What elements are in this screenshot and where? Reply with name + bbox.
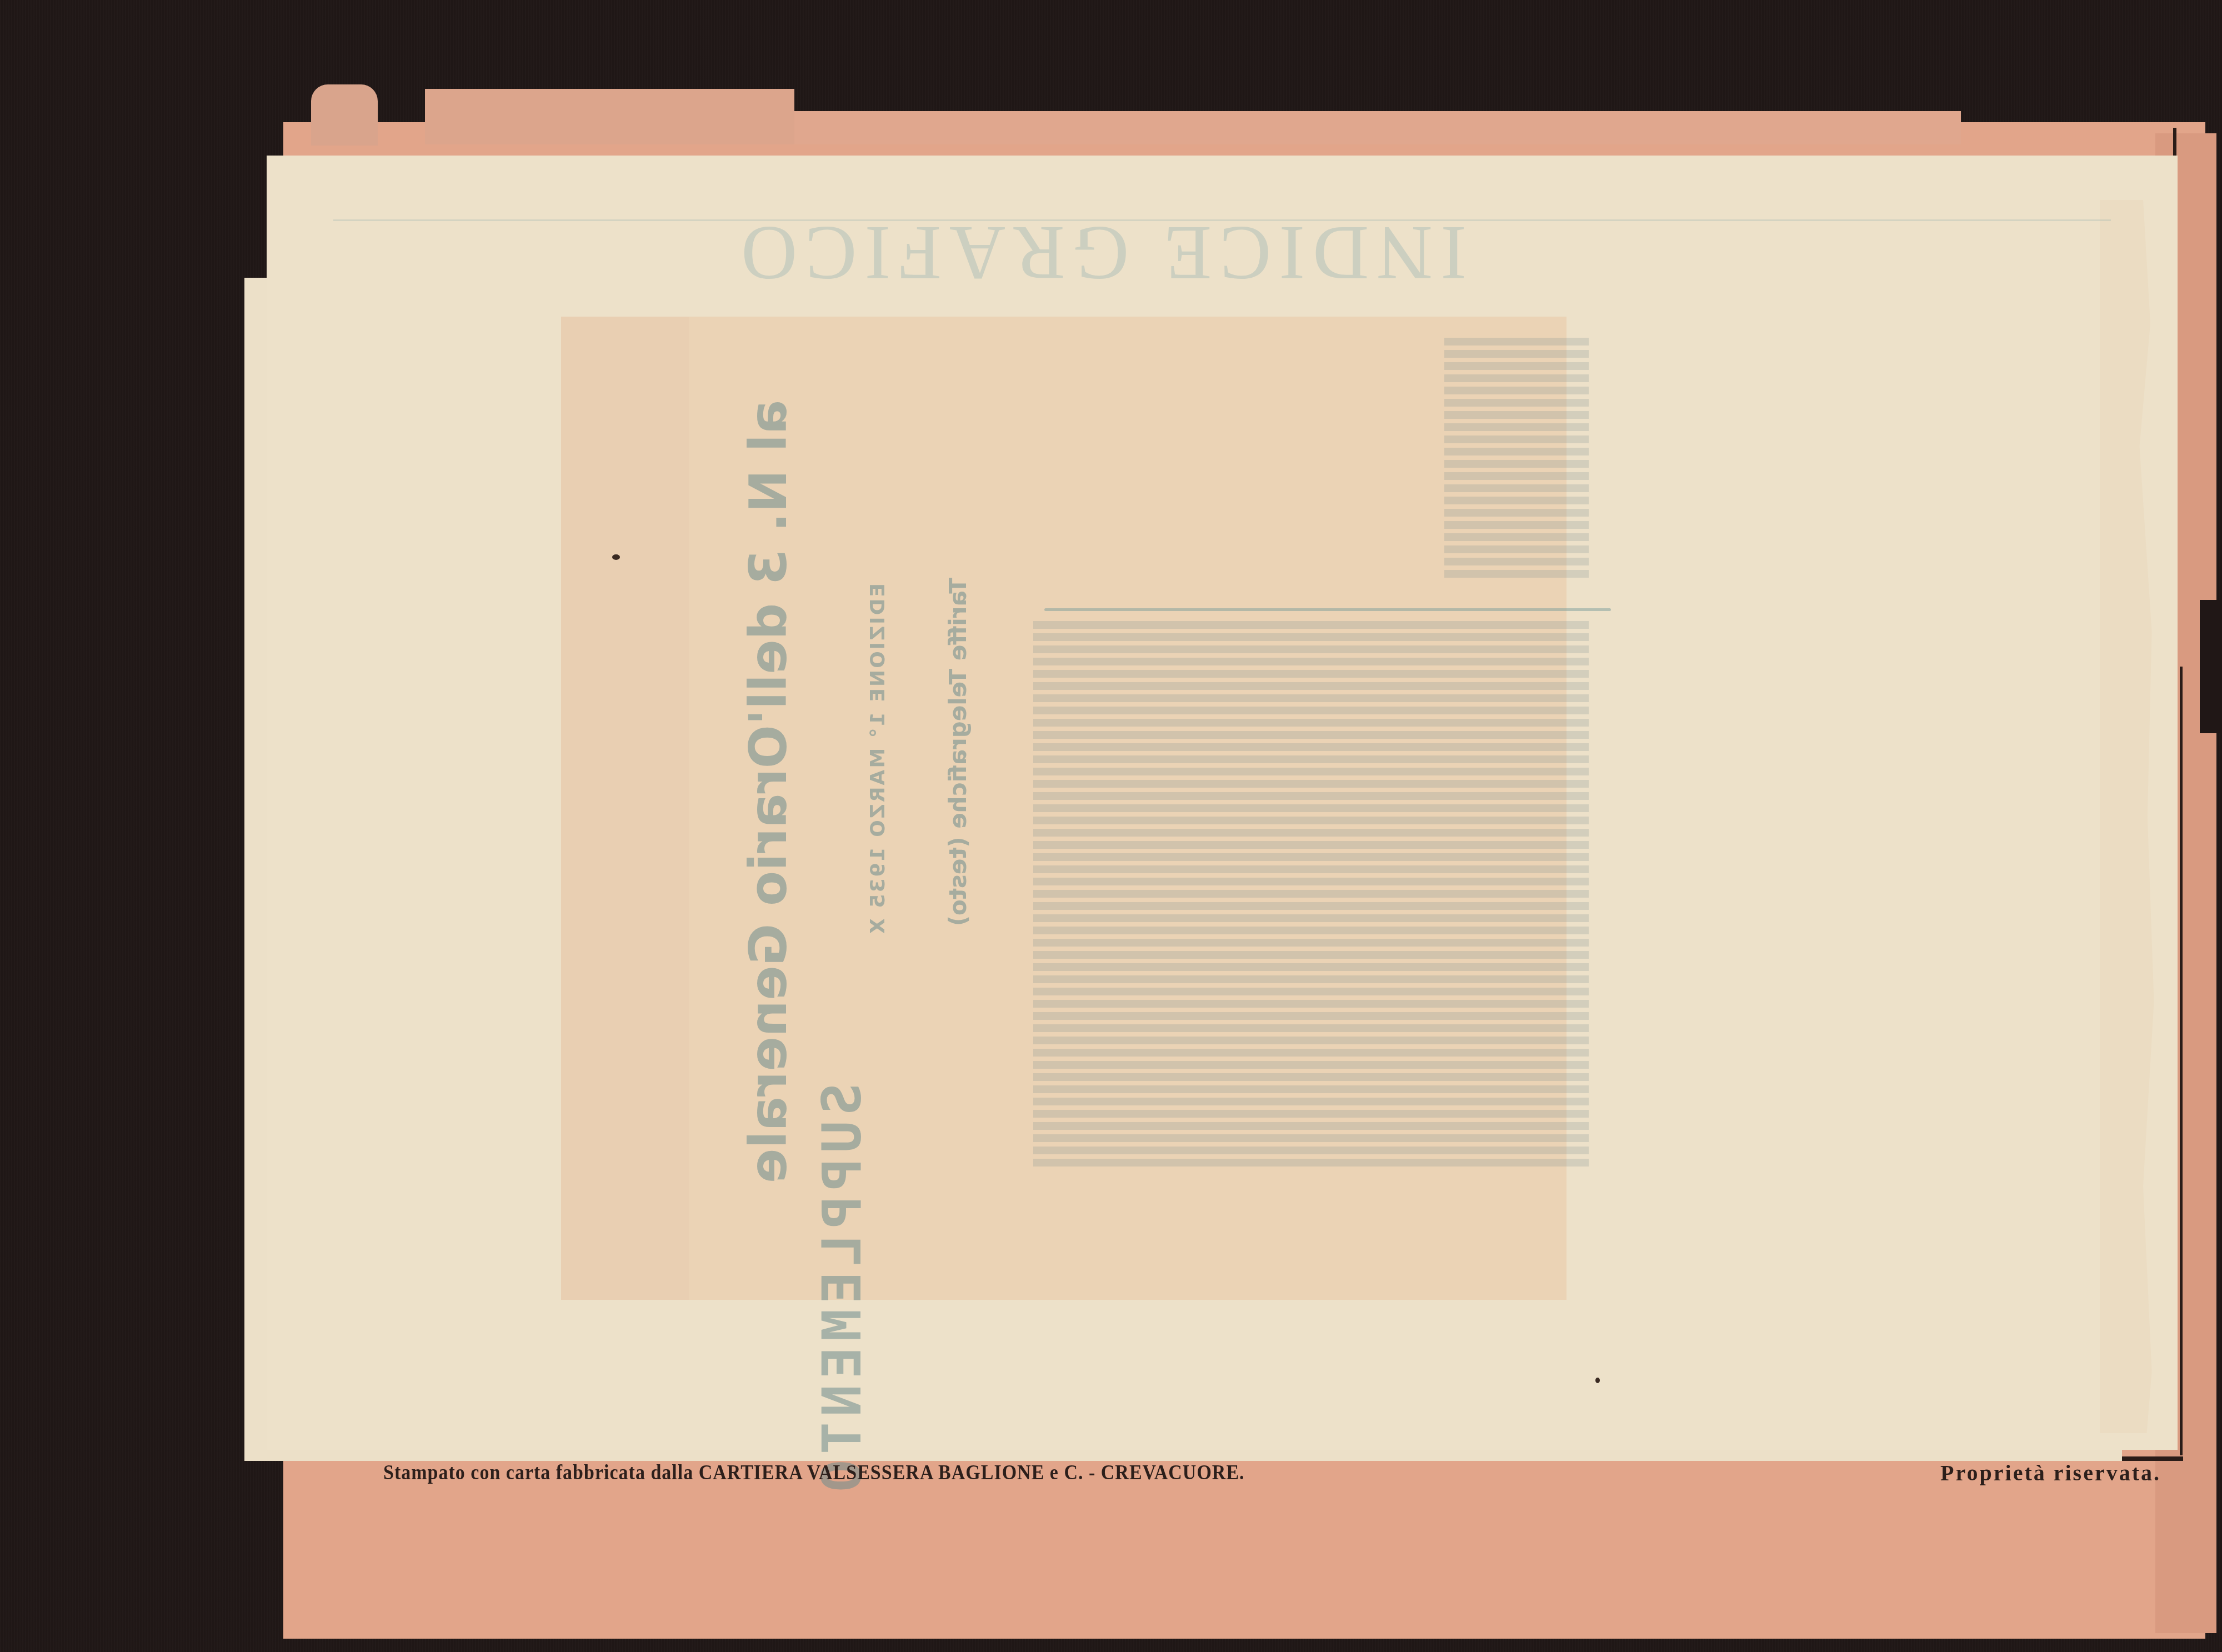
bleed-through-heading: INDICE GRAFICO [655,211,1544,294]
printer-credit: Stampato con carta fabbricata dalla CART… [383,1459,1245,1488]
torn-cover-fragment [794,111,1961,144]
bleed-text-column-lower [1033,617,1589,1244]
cover-tear [2200,600,2222,733]
supplement-divider [1044,608,1611,611]
supplement-subtitle: al N. 3 dell'Orario Generale [739,400,798,1183]
border-rule [2180,667,2183,1455]
torn-cover-fragment [425,89,794,144]
ink-spot [1595,1378,1600,1383]
supplement-section: Tariffe Telegrafiche (testo) [944,578,972,926]
ink-spot [612,554,620,560]
bleed-text-column-upper [1444,333,1589,600]
rights-notice: Proprietà riservata. [1940,1460,2161,1486]
supplement-edition: EDIZIONE 1° MARZO 1935 X [867,583,889,935]
supplement-title: SUPPLEMENTO [811,1083,873,1498]
torn-cover-fragment [311,84,378,146]
imprint-band: Stampato con carta fabbricata dalla CART… [383,1460,2161,1486]
